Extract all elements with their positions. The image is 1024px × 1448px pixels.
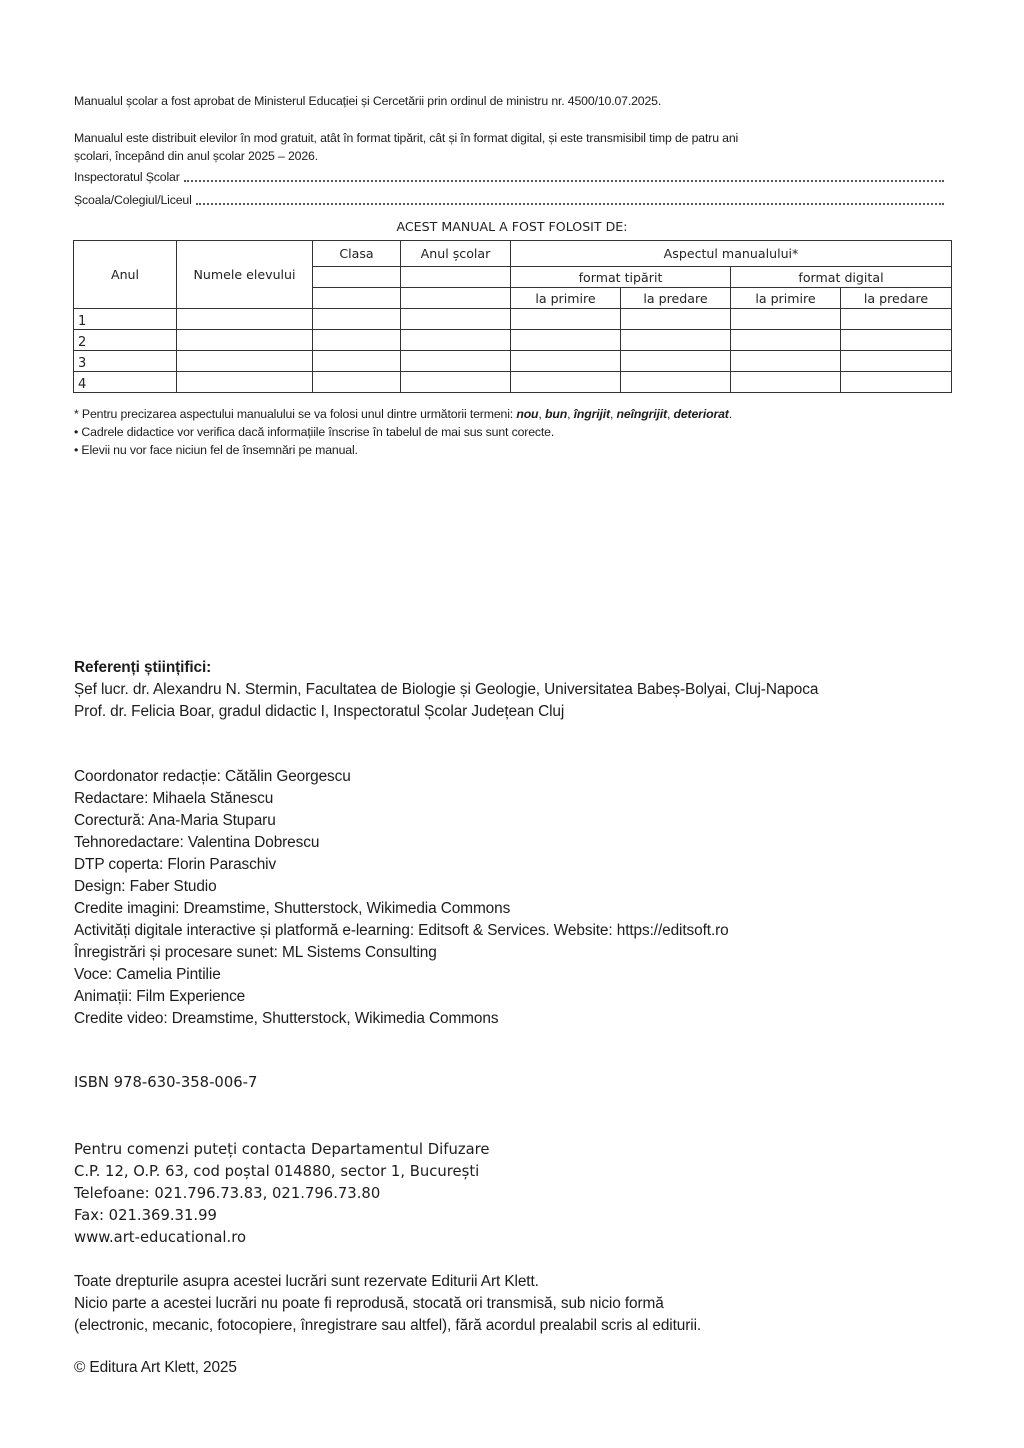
- credit-line: Înregistrări și procesare sunet: ML Sist…: [74, 942, 729, 964]
- note-bullet-1: • Cadrele didactice vor verifica dacă in…: [74, 423, 732, 441]
- header-anul: Anul: [74, 241, 177, 309]
- usage-table: Anul Numele elevului Clasa Anul școlar A…: [73, 240, 952, 393]
- referenti-title: Referenți științifici:: [74, 657, 818, 679]
- credit-line: Redactare: Mihaela Stănescu: [74, 788, 729, 810]
- cell-digital-predare: [841, 351, 952, 372]
- cell-digital-predare: [841, 372, 952, 393]
- cell-nume: [177, 372, 313, 393]
- credit-line: Animații: Film Experience: [74, 986, 729, 1008]
- table-row: 4: [74, 372, 952, 393]
- scoala-label: Școala/Colegiul/Liceul: [74, 193, 192, 208]
- table-row: 1: [74, 309, 952, 330]
- cell-digital-primire: [731, 351, 841, 372]
- footnote-aspect: * Pentru precizarea aspectului manualulu…: [74, 405, 732, 423]
- cell-nume: [177, 351, 313, 372]
- header-format-digital: format digital: [731, 267, 952, 288]
- table-row: 2: [74, 330, 952, 351]
- term: deteriorat: [674, 407, 729, 421]
- contact-section: Pentru comenzi puteți contacta Departame…: [74, 1139, 490, 1249]
- copyright: © Editura Art Klett, 2025: [74, 1359, 237, 1377]
- cell-tiparit-primire: [511, 330, 621, 351]
- cell-digital-primire: [731, 330, 841, 351]
- isbn: ISBN 978-630-358-006-7: [74, 1074, 257, 1091]
- cell-tiparit-primire: [511, 372, 621, 393]
- contact-phones: Telefoane: 021.796.73.83, 021.796.73.80: [74, 1183, 490, 1205]
- cell-tiparit-predare: [621, 330, 731, 351]
- credit-line: DTP coperta: Florin Paraschiv: [74, 854, 729, 876]
- credit-line: Credite imagini: Dreamstime, Shutterstoc…: [74, 898, 729, 920]
- cell-digital-predare: [841, 309, 952, 330]
- referenti-section: Referenți științifici: Șef lucr. dr. Ale…: [74, 657, 818, 723]
- header-digital-la-predare: la predare: [841, 288, 952, 309]
- term: nou: [516, 407, 538, 421]
- cell-nume: [177, 330, 313, 351]
- header-numele-elevului: Numele elevului: [177, 241, 313, 309]
- term: bun: [545, 407, 567, 421]
- table-notes: * Pentru precizarea aspectului manualulu…: [74, 405, 732, 459]
- cell-tiparit-predare: [621, 351, 731, 372]
- anul-scolar-cell-blank: [401, 288, 511, 309]
- cell-tiparit-primire: [511, 309, 621, 330]
- usage-table-title: ACEST MANUAL A FOST FOLOSIT DE:: [73, 219, 951, 234]
- rights-line: Nicio parte a acestei lucrări nu poate f…: [74, 1293, 701, 1315]
- header-anul-scolar: Anul școlar: [401, 241, 511, 267]
- cell-nume: [177, 309, 313, 330]
- cell-anul-scolar: [401, 309, 511, 330]
- rights-line: Toate drepturile asupra acestei lucrări …: [74, 1271, 701, 1293]
- credit-line: Design: Faber Studio: [74, 876, 729, 898]
- header-digital-la-primire: la primire: [731, 288, 841, 309]
- approval-statement: Manualul școlar a fost aprobat de Minist…: [74, 94, 661, 108]
- row-number: 2: [74, 330, 177, 351]
- distribution-statement-line2: școlari, începând din anul școlar 2025 –…: [74, 149, 318, 163]
- scoala-field: Școala/Colegiul/Liceul: [74, 193, 944, 208]
- header-aspectul-manualului: Aspectul manualului*: [511, 241, 952, 267]
- inspectorat-dotted-line: [184, 170, 944, 182]
- credit-line: Corectură: Ana-Maria Stuparu: [74, 810, 729, 832]
- anul-scolar-cell-blank: [401, 267, 511, 288]
- contact-fax: Fax: 021.369.31.99: [74, 1205, 490, 1227]
- row-number: 3: [74, 351, 177, 372]
- inspectorat-field: Inspectoratul Școlar: [74, 170, 944, 185]
- contact-address: C.P. 12, O.P. 63, cod poștal 014880, sec…: [74, 1161, 490, 1183]
- rights-line: (electronic, mecanic, fotocopiere, înreg…: [74, 1315, 701, 1337]
- contact-line: Pentru comenzi puteți contacta Departame…: [74, 1139, 490, 1161]
- cell-clasa: [313, 372, 401, 393]
- clasa-cell-blank: [313, 267, 401, 288]
- cell-digital-predare: [841, 330, 952, 351]
- header-clasa: Clasa: [313, 241, 401, 267]
- credit-line: Coordonator redacție: Cătălin Georgescu: [74, 766, 729, 788]
- website-link[interactable]: www.art-educational.ro: [74, 1227, 490, 1249]
- distribution-statement-line1: Manualul este distribuit elevilor în mod…: [74, 131, 738, 145]
- referent-2: Prof. dr. Felicia Boar, gradul didactic …: [74, 701, 818, 723]
- scoala-dotted-line: [196, 193, 944, 205]
- cell-clasa: [313, 309, 401, 330]
- referent-1: Șef lucr. dr. Alexandru N. Stermin, Facu…: [74, 679, 818, 701]
- cell-digital-primire: [731, 372, 841, 393]
- credit-line: Voce: Camelia Pintilie: [74, 964, 729, 986]
- credits-section: Coordonator redacție: Cătălin Georgescu …: [74, 766, 729, 1030]
- cell-digital-primire: [731, 309, 841, 330]
- note-bullet-2: • Elevii nu vor face niciun fel de însem…: [74, 441, 732, 459]
- row-number: 1: [74, 309, 177, 330]
- term: neîngrijit: [617, 407, 667, 421]
- cell-anul-scolar: [401, 330, 511, 351]
- rights-section: Toate drepturile asupra acestei lucrări …: [74, 1271, 701, 1337]
- row-number: 4: [74, 372, 177, 393]
- cell-tiparit-primire: [511, 351, 621, 372]
- cell-tiparit-predare: [621, 309, 731, 330]
- inspectorat-label: Inspectoratul Școlar: [74, 170, 180, 185]
- header-format-tiparit: format tipărit: [511, 267, 731, 288]
- cell-clasa: [313, 330, 401, 351]
- credit-line: Credite video: Dreamstime, Shutterstock,…: [74, 1008, 729, 1030]
- cell-anul-scolar: [401, 372, 511, 393]
- credit-line: Tehnoredactare: Valentina Dobrescu: [74, 832, 729, 854]
- header-tiparit-la-primire: la primire: [511, 288, 621, 309]
- clasa-cell-blank: [313, 288, 401, 309]
- header-tiparit-la-predare: la predare: [621, 288, 731, 309]
- term: îngrijit: [574, 407, 610, 421]
- footnote-text: * Pentru precizarea aspectului manualulu…: [74, 407, 516, 421]
- cell-tiparit-predare: [621, 372, 731, 393]
- cell-clasa: [313, 351, 401, 372]
- credit-line: Activități digitale interactive și platf…: [74, 920, 729, 942]
- cell-anul-scolar: [401, 351, 511, 372]
- table-row: 3: [74, 351, 952, 372]
